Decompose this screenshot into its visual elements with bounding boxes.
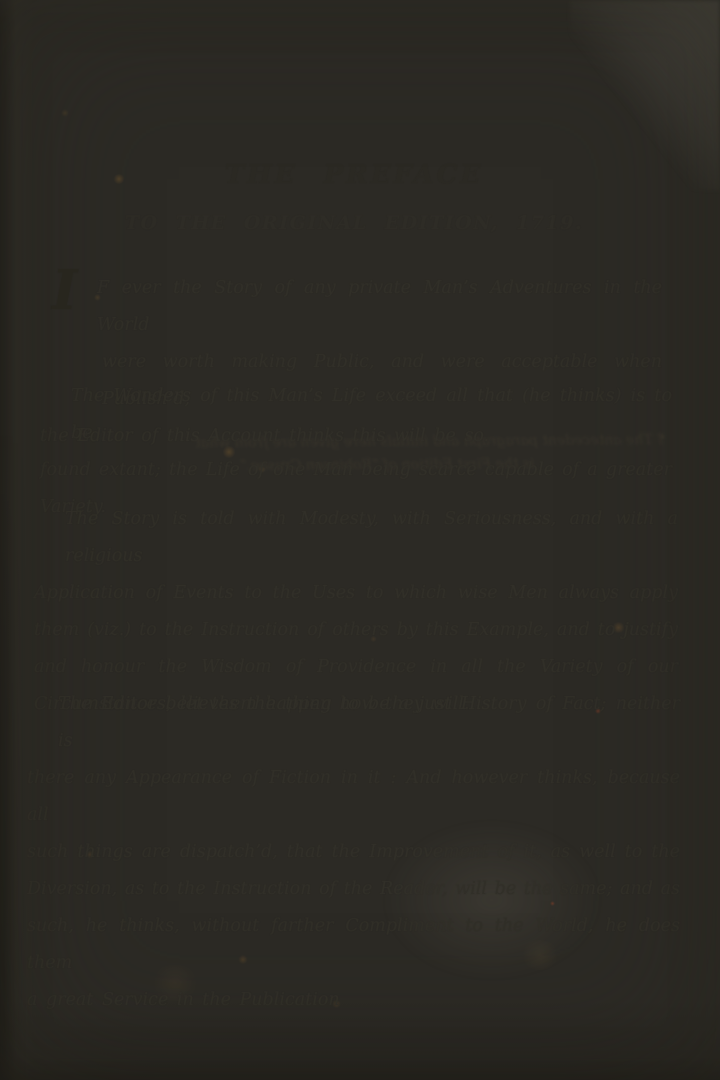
preface-paragraph-4: The Editor believes the thing to be a ju… (27, 686, 680, 1019)
drop-cap: I (52, 263, 77, 317)
text-line: and honour the Wisdom of Providence in a… (34, 649, 678, 686)
text-line: found extant; the Life of one Man being … (40, 452, 672, 489)
page-bottom-shadow (0, 1000, 720, 1080)
text-line: there any Appearance of Fiction in it : … (27, 760, 680, 834)
text-line: The Wonders of this Man’s Life exceed al… (40, 378, 672, 452)
preface-title: THE PREFACE (16, 160, 692, 190)
text-line: The Editor believes the thing to be a ju… (27, 686, 680, 760)
text-line: F ever the Story of any private Man’s Ad… (40, 270, 662, 344)
text-line: The Story is told with Modesty, with Ser… (34, 501, 678, 575)
edition-subtitle: TO THE ORIGINAL EDITION, 1719. (16, 212, 692, 234)
text-line: such, he thinks, without farther Complim… (27, 908, 680, 982)
text-line: Diversion, as to the Instruction of the … (27, 871, 680, 908)
page-text: THE PREFACE TO THE ORIGINAL EDITION, 171… (0, 0, 720, 1080)
text-line: such things are dispatch’d, that the Imp… (27, 834, 680, 871)
text-line: them (viz.) to the Instruction of others… (34, 612, 678, 649)
book-photo: THE PREFACE TO THE ORIGINAL EDITION, 171… (0, 0, 720, 1080)
text-line: Application of Events to the Uses to whi… (34, 575, 678, 612)
